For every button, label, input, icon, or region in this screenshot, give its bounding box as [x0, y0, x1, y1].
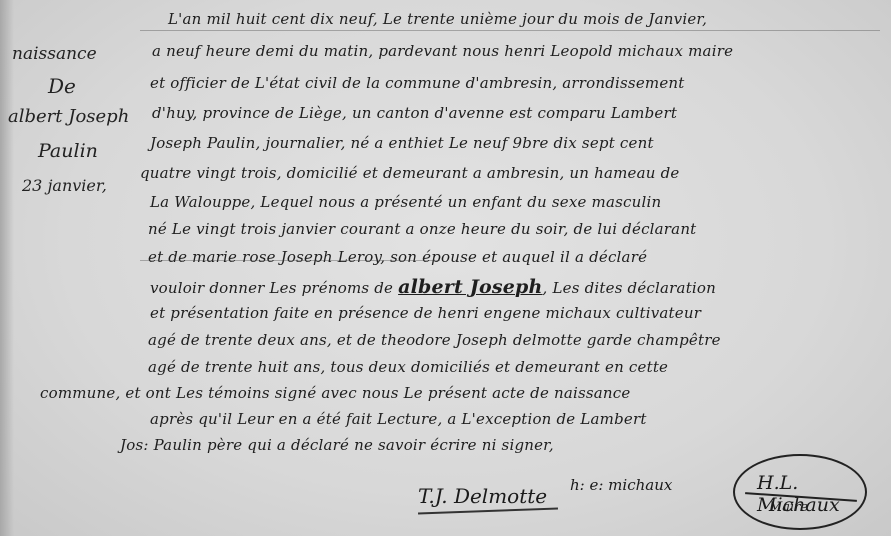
- body-line: quatre vingt trois, domicilié et demeura…: [140, 164, 679, 182]
- record-body: L'an mil huit cent dix neuf, Le trente u…: [0, 0, 891, 536]
- body-line: Joseph Paulin, journalier, né a enthiet …: [150, 134, 654, 152]
- body-line: vouloir donner Les prénoms de albert Jos…: [150, 276, 716, 298]
- body-line: d'huy, province de Liège, un canton d'av…: [152, 104, 677, 122]
- ruled-line: [140, 30, 880, 31]
- body-line: Jos: Paulin père qui a déclaré ne savoir…: [120, 436, 554, 454]
- mayor-signature-paraph: H.L. Michaux Maire: [733, 454, 867, 530]
- body-line: et présentation faite en présence de hen…: [150, 304, 701, 322]
- signature-michaux-witness: h: e: michaux: [570, 476, 672, 494]
- body-line: et de marie rose Joseph Leroy, son épous…: [148, 248, 647, 266]
- body-line-text: , Les dites déclaration: [543, 279, 716, 297]
- body-line: agé de trente deux ans, et de theodore J…: [148, 331, 721, 349]
- ruled-line: [140, 260, 440, 261]
- child-name: albert Joseph: [398, 276, 542, 298]
- document-page: naissance De albert Joseph Paulin 23 jan…: [0, 0, 891, 536]
- body-line-text: vouloir donner Les prénoms de: [150, 279, 393, 297]
- body-line: et officier de L'état civil de la commun…: [150, 74, 685, 92]
- body-line: La Walouppe, Lequel nous a présenté un e…: [150, 193, 661, 211]
- body-line: après qu'il Leur en a été fait Lecture, …: [150, 410, 647, 428]
- mayor-title: Maire: [769, 500, 808, 515]
- body-line: agé de trente huit ans, tous deux domici…: [148, 358, 668, 376]
- body-line: a neuf heure demi du matin, pardevant no…: [152, 42, 733, 60]
- body-line: commune, et ont Les témoins signé avec n…: [40, 384, 630, 402]
- body-line: né Le vingt trois janvier courant a onze…: [148, 220, 696, 238]
- signature-delmotte: T.J. Delmotte: [418, 484, 547, 508]
- body-line: L'an mil huit cent dix neuf, Le trente u…: [168, 10, 707, 28]
